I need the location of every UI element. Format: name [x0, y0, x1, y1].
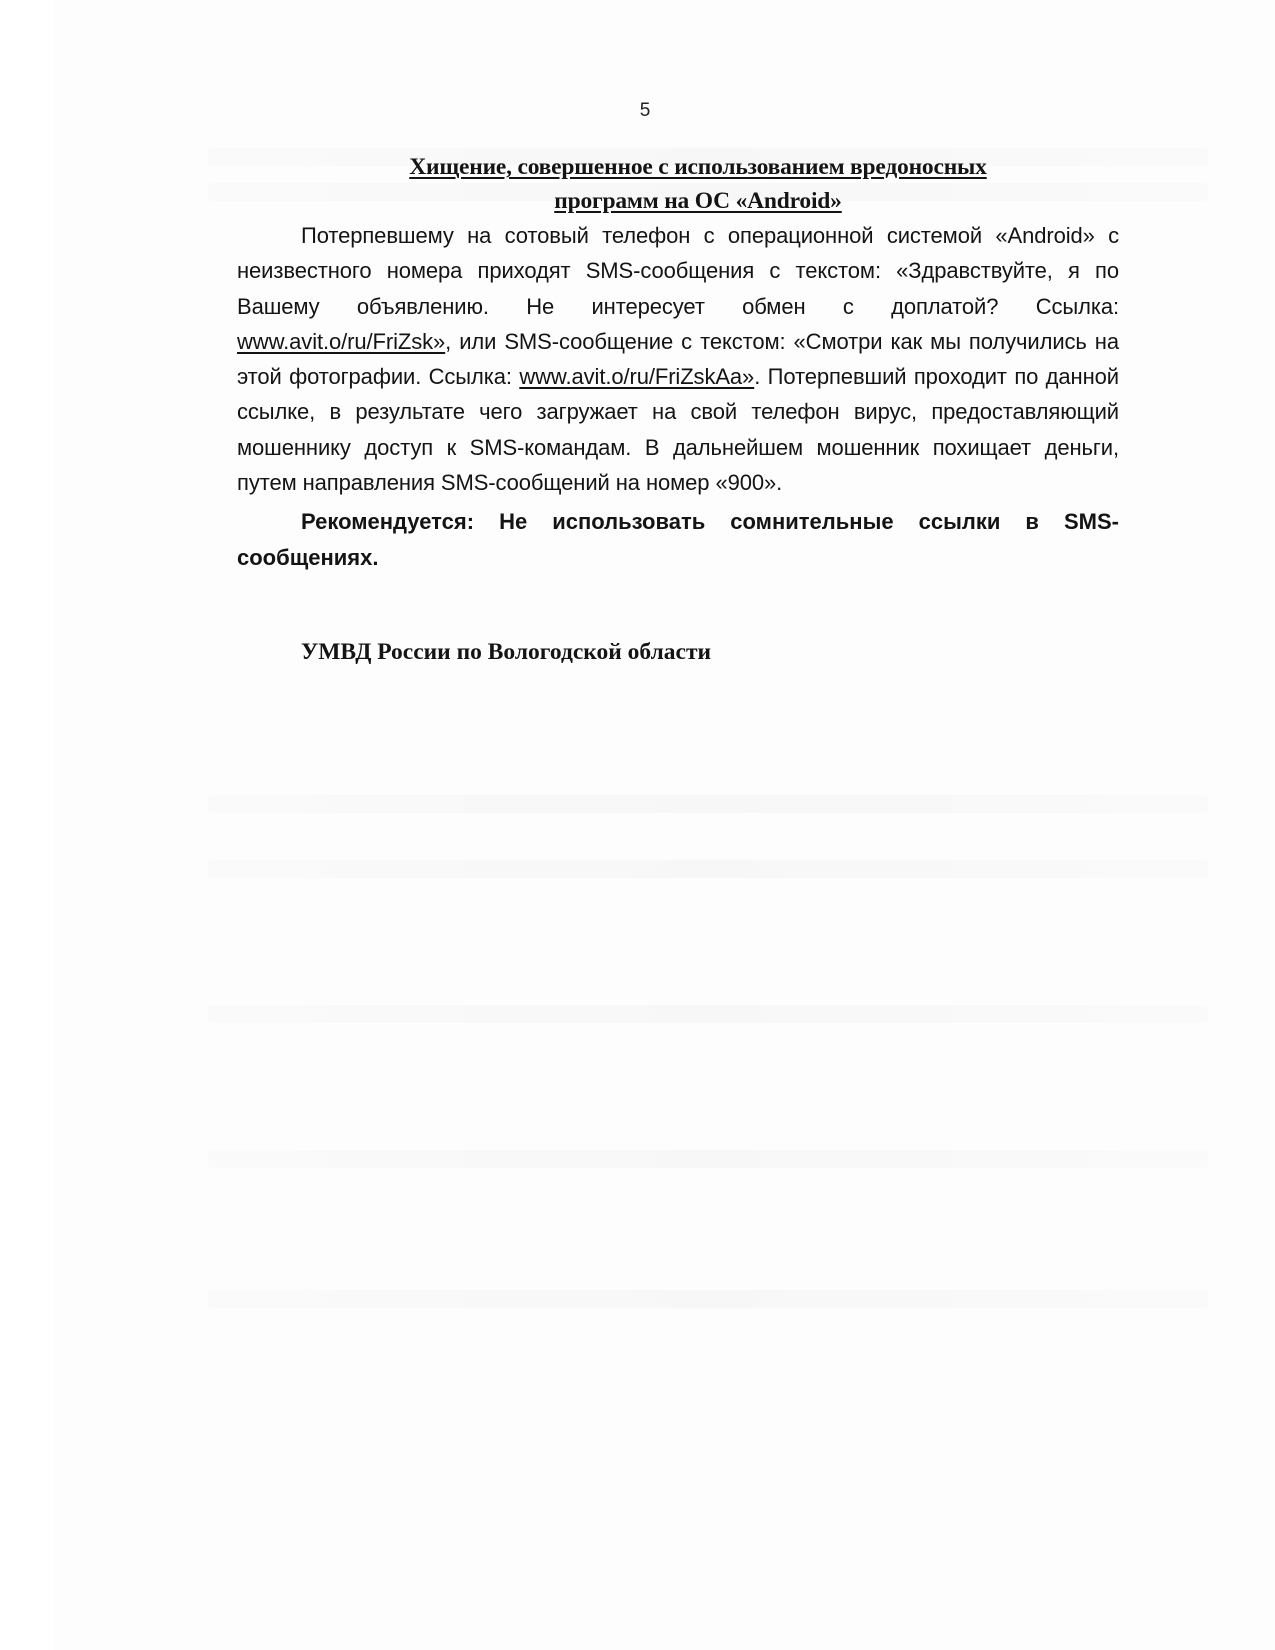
bleed-through-text [208, 1150, 1208, 1168]
bleed-through-text [208, 860, 1208, 878]
bleed-through-text [208, 795, 1208, 813]
document-body: Хищение, совершенное с использованием вр… [237, 150, 1119, 666]
suspicious-link-1[interactable]: www.avit.o/ru/FriZsk» [237, 329, 445, 354]
title-line-2: программ на ОС «Android» [554, 188, 841, 214]
bleed-through-text [208, 1290, 1208, 1308]
body-text-1: Потерпевшему на сотовый телефон с операц… [237, 223, 1119, 319]
body-paragraph: Потерпевшему на сотовый телефон с операц… [237, 218, 1119, 500]
suspicious-link-2[interactable]: www.avit.o/ru/FriZskAa» [519, 364, 754, 389]
article-title: Хищение, совершенное с использованием вр… [237, 150, 1119, 218]
page-number: 5 [0, 100, 1275, 122]
signature: УМВД России по Вологодской области [301, 639, 1119, 666]
recommendation: Рекомендуется: Не использовать сомнитель… [237, 504, 1119, 576]
title-line-1: Хищение, совершенное с использованием вр… [409, 154, 986, 180]
bleed-through-text [208, 1005, 1208, 1023]
